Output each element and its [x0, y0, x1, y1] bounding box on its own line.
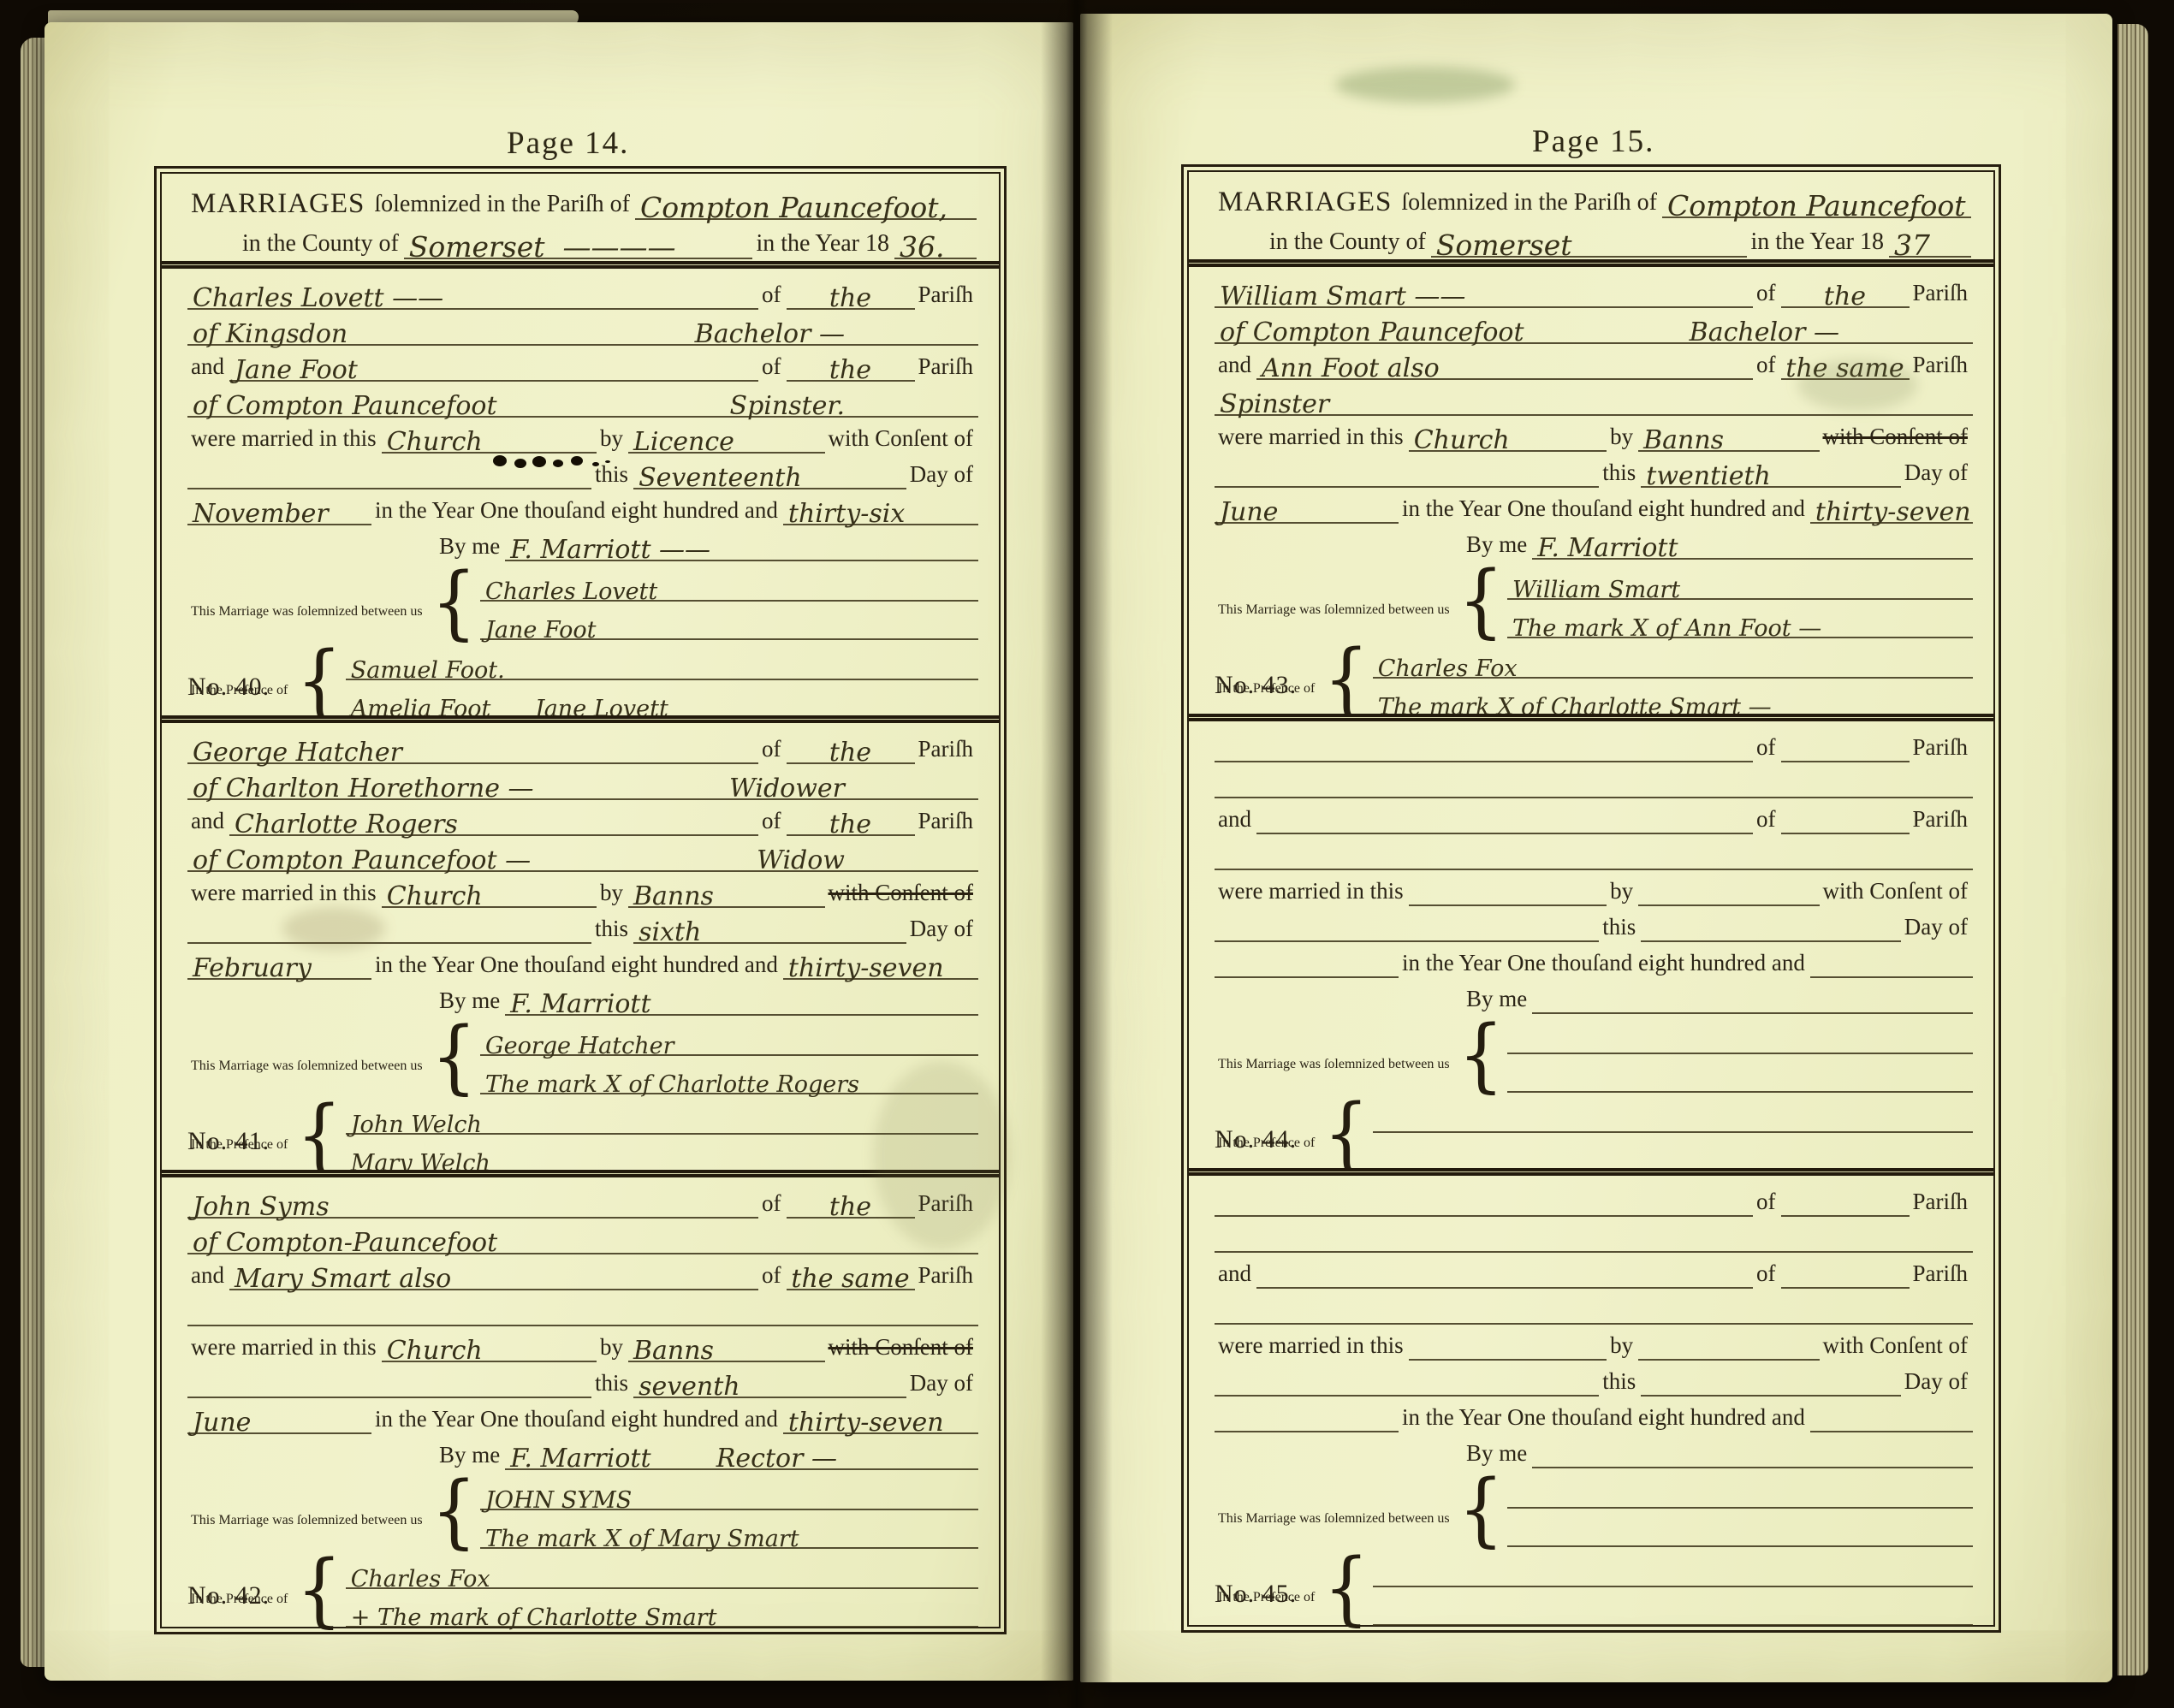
groom-abode-field: of Charlton Horethorne — Widower [187, 776, 978, 800]
record-number-text: No. 43. [1215, 671, 1297, 699]
form-header: MARRIAGES ſolemnized in the Pariſh of Co… [1189, 172, 1993, 259]
officiant-field: F. Marriott [1532, 536, 1973, 560]
records-page-14: Charles Lovett —— of the Pariſh of Kings… [162, 261, 999, 1624]
year-line: February in the Year One thouſand eight … [187, 944, 978, 980]
witness-1-signature: Samuel Foot. [351, 659, 505, 682]
printed-this: this [1599, 914, 1641, 942]
bride-signature: The mark X of Ann Foot — [1512, 617, 1821, 640]
printed-parish: Pariſh [915, 736, 979, 764]
bride-parish-field [1781, 833, 1910, 834]
day: twentieth [1646, 464, 1771, 489]
year-line: in the Year One thouſand eight hundred a… [1215, 942, 1973, 978]
printed-parish: Pariſh [1910, 734, 1974, 762]
method: Banns [633, 884, 714, 910]
groom-name: John Syms [193, 1195, 330, 1220]
place: Church [1414, 428, 1510, 454]
bride-parish: the same [791, 1266, 909, 1292]
bride-line: and Ann Foot also of the same Pariſh [1215, 344, 1973, 380]
printed-solemnized-in: ſolemnized in the Pariſh of [365, 191, 635, 220]
day-field: Seventeenth [633, 466, 906, 489]
married-line: were married in this Church by Banns wit… [187, 872, 978, 908]
header-county-line: in the County of Somerset ———— in the Ye… [191, 220, 977, 259]
printed-of: of [758, 736, 787, 764]
month: June [193, 1410, 251, 1436]
printed-of: of [1753, 806, 1781, 834]
brace-glyph: { [296, 1094, 342, 1175]
officiant-line: By me F. Marriott [187, 980, 978, 1016]
year-field: 36. [894, 233, 977, 259]
officiant-signature: F. Marriott —— [510, 537, 710, 563]
groom-abode-line [1215, 1217, 1973, 1253]
year-words: thirty-seven [788, 1410, 944, 1436]
groom-abode-field: of Compton-Pauncefoot [187, 1231, 978, 1254]
groom-name-field [1215, 1215, 1753, 1217]
register-book-scan: Page 14. MARRIAGES ſolemnized in the Par… [0, 0, 2174, 1708]
marriage-record: John Syms of the Pariſh of Compton-Paunc… [162, 1170, 999, 1624]
printed-parish: Pariſh [915, 1190, 979, 1219]
bride-parish: the [829, 358, 871, 383]
officiant-line: By me [1215, 978, 1973, 1014]
page-15: Page 15. MARRIAGES ſolemnized in the Par… [1080, 14, 2112, 1682]
printed-year-18: in the Year 18 [1747, 228, 1889, 258]
printed-year-line: in the Year One thouſand eight hundred a… [371, 497, 783, 525]
record-number-text: No. 40. [187, 673, 270, 701]
witness-2-field: Amelia Foot Jane Lovett [346, 680, 978, 719]
couple-signatures: JOHN SYMS The mark X of Mary Smart [480, 1472, 978, 1549]
solemnized-block: This Marriage was ſolemnized between us … [187, 563, 978, 640]
year-words-field [1810, 1431, 1973, 1432]
married-line: were married in this Church by Banns wit… [187, 1326, 978, 1362]
brace-glyph: { [296, 640, 342, 721]
groom-line: of Pariſh [1215, 1181, 1973, 1217]
bride-signature-field: The mark X of Mary Smart [480, 1510, 978, 1549]
ink-blot [493, 455, 507, 466]
couple-signatures [1507, 1016, 1973, 1093]
printed-and: and [187, 1262, 229, 1290]
record-divider-rule [1189, 1168, 1993, 1176]
book-gutter [1041, 0, 1113, 1708]
bride-line: and Charlotte Rogers of the Pariſh [187, 800, 978, 836]
groom-line: John Syms of the Pariſh [187, 1183, 978, 1219]
witness-2-field [1373, 1587, 1973, 1626]
groom-line: George Hatcher of the Pariſh [187, 728, 978, 764]
printed-this: this [591, 1370, 633, 1398]
witness-1-field: Charles Fox [1373, 640, 1973, 679]
couple-signatures: William Smart The mark X of Ann Foot — [1507, 561, 1973, 638]
brace-glyph: { [296, 1549, 342, 1629]
printed-day-of: Day of [906, 916, 978, 944]
printed-county-label: in the County of [239, 230, 404, 259]
right-page-edges [2118, 24, 2148, 1675]
year-line: June in the Year One thouſand eight hund… [187, 1398, 978, 1434]
year-words-field: thirty-six [783, 501, 978, 525]
place-field [1409, 1359, 1607, 1361]
groom-signature: JOHN SYMS [485, 1489, 632, 1512]
record-divider-rule [1189, 259, 1993, 267]
day-field [1641, 1395, 1901, 1397]
groom-name: Charles Lovett —— [193, 286, 443, 311]
printed-this: this [1599, 1368, 1641, 1397]
day-line: this twentieth Day of [1215, 452, 1973, 488]
place: Church [387, 430, 483, 455]
header-county-line: in the County of Somerset in the Year 18… [1218, 218, 1971, 258]
records-page-15: William Smart —— of the Pariſh of Compto… [1189, 259, 1993, 1622]
printed-of: of [758, 282, 787, 310]
couple-signatures: Charles Lovett Jane Foot [480, 563, 978, 640]
bride-abode-field [187, 1325, 978, 1326]
groom-abode-line: of Kingsdon Bachelor — [187, 310, 978, 346]
method-field: Banns [1638, 428, 1819, 452]
groom-abode-line [1215, 762, 1973, 798]
solemnized-block: This Marriage was ſolemnized between us … [187, 1472, 978, 1549]
bride-abode-line: of Compton Pauncefoot — Widow [187, 836, 978, 872]
consent-label: with Conſent of [825, 880, 979, 908]
witness-2-field: The mark X of Charlotte Smart — [1373, 679, 1973, 717]
marriage-record: of Pariſh and of Pariſh were married in … [1189, 1168, 1993, 1622]
method: Licence [633, 430, 734, 455]
year-words-field [1810, 976, 1973, 978]
county-field: Somerset ———— [404, 233, 753, 259]
officiant-field: F. Marriott [505, 992, 978, 1016]
groom-parish-field [1781, 761, 1910, 762]
couple-signatures [1507, 1470, 1973, 1547]
groom-line: of Pariſh [1215, 726, 1973, 762]
printed-of: of [758, 808, 787, 836]
bride-parish-field: the [787, 812, 915, 836]
groom-parish-field: the [787, 1195, 915, 1219]
consent-label: with Conſent of [1820, 1332, 1974, 1361]
officiant-field: F. Marriott —— [505, 537, 978, 561]
place: Church [387, 1338, 483, 1364]
groom-name-field [1215, 761, 1753, 762]
bride-signature: The mark X of Charlotte Rogers [485, 1073, 859, 1096]
witnesses-block: In the Preſence of { [1215, 1094, 1973, 1171]
year-words-field: thirty-seven [783, 1410, 978, 1434]
printed-by: by [1607, 1332, 1638, 1361]
parish-field: Compton Pauncefoot, [635, 193, 977, 220]
officiant-signature: F. Marriott Rector — [510, 1446, 837, 1472]
printed-parish: Pariſh [1910, 1189, 1974, 1217]
groom-name: William Smart —— [1220, 284, 1465, 310]
record-number: No. 43. [1215, 671, 1297, 700]
bride-name-field [1256, 833, 1753, 834]
printed-were-married: were married in this [1215, 1332, 1409, 1361]
witness-1-field: Samuel Foot. [346, 642, 978, 680]
printed-were-married: were married in this [187, 880, 382, 908]
witnesses-block: In the Preſence of { [1215, 1549, 1973, 1626]
month: June [1220, 500, 1278, 525]
groom-abode: of Kingsdon [193, 322, 347, 347]
groom-condition: Bachelor — [695, 322, 845, 347]
printed-and: and [1215, 352, 1256, 380]
form-header: MARRIAGES ſolemnized in the Pariſh of Co… [162, 174, 999, 261]
bride-abode-line: Spinster [1215, 380, 1973, 416]
brace-glyph: { [1458, 560, 1504, 640]
printed-marriages: MARRIAGES [1218, 187, 1392, 218]
consent-field [1215, 1395, 1599, 1397]
place-field [1409, 904, 1607, 906]
printed-of: of [1753, 1260, 1781, 1289]
consent-label: with Conſent of [1820, 878, 1974, 906]
witness-1-field [1373, 1094, 1973, 1133]
printed-parish: Pariſh [915, 282, 979, 310]
bride-abode-field: Spinster [1215, 392, 1973, 416]
day-field: seventh [633, 1374, 906, 1398]
consent-field [187, 1397, 591, 1398]
method-field: Banns [628, 1338, 825, 1362]
day-field: sixth [633, 920, 906, 944]
witness-signatures: Charles Fox + The mark of Charlotte Smar… [346, 1551, 978, 1628]
method: Banns [633, 1338, 714, 1364]
year-words: thirty-six [788, 501, 905, 527]
couple-signatures: George Hatcher The mark X of Charlotte R… [480, 1017, 978, 1094]
groom-condition: Widower [729, 776, 845, 802]
parish-name: Compton Pauncefoot [1667, 192, 1966, 220]
bride-condition: Spinster. [730, 394, 845, 419]
marriage-record: of Pariſh and of Pariſh were married in … [1189, 714, 1993, 1168]
brace-glyph: { [431, 561, 477, 642]
bride-parish-field: the same [1781, 356, 1910, 380]
bride-name: Charlotte Rogers [235, 812, 458, 838]
record-divider-rule [162, 715, 999, 723]
record-number-text: No. 45. [1215, 1580, 1297, 1608]
bride-line: and of Pariſh [1215, 798, 1973, 834]
printed-by: by [1607, 424, 1638, 452]
place-field: Church [382, 884, 597, 908]
month-field: November [187, 501, 371, 525]
officiant-line: By me F. Marriott Rector — [187, 1434, 978, 1470]
witnesses-block: In the Preſence of { Samuel Foot. Amelia… [187, 642, 978, 719]
printed-by: by [597, 1334, 628, 1362]
groom-abode: of Charlton Horethorne — [193, 776, 533, 802]
printed-parish: Pariſh [1910, 280, 1974, 308]
bride-abode-line [1215, 834, 1973, 870]
married-line: were married in this Church by Banns wit… [1215, 416, 1973, 452]
printed-of: of [1753, 1189, 1781, 1217]
groom-signature: William Smart [1512, 578, 1680, 602]
bride-parish-field: the same [787, 1266, 915, 1290]
witness-2-field: Mary Welch [346, 1135, 978, 1173]
solemnized-block: This Marriage was ſolemnized between us … [187, 1017, 978, 1094]
year-line: in the Year One thouſand eight hundred a… [1215, 1397, 1973, 1432]
printed-day-of: Day of [906, 461, 978, 489]
married-line: were married in this by with Conſent of [1215, 870, 1973, 906]
printed-day-of: Day of [1901, 460, 1973, 488]
brace-glyph: { [1458, 1468, 1504, 1549]
solemnized-block: This Marriage was ſolemnized between us … [1215, 561, 1973, 638]
bride-parish: the same [1785, 356, 1904, 382]
groom-signature-field: Charles Lovett [480, 563, 978, 602]
year-words: thirty-seven [1815, 500, 1971, 525]
record-number-text: No. 41. [187, 1127, 270, 1155]
printed-were-married: were married in this [187, 1334, 382, 1362]
groom-signature-field: William Smart [1507, 561, 1973, 600]
marriage-form-page-14: MARRIAGES ſolemnized in the Pariſh of Co… [154, 166, 1007, 1634]
groom-signature: George Hatcher [485, 1035, 674, 1058]
bride-parish-field: the [787, 358, 915, 382]
groom-parish: the [1824, 284, 1866, 310]
bride-abode: of Compton Pauncefoot — [193, 848, 531, 874]
day-field: twentieth [1641, 464, 1901, 488]
witness-1-signature: Charles Fox [1378, 657, 1518, 680]
bride-abode-line [1215, 1289, 1973, 1325]
printed-parish: Pariſh [915, 1262, 979, 1290]
witnesses-block: In the Preſence of { Charles Fox The mar… [1215, 640, 1973, 717]
groom-signature-field [1507, 1470, 1973, 1509]
witness-1-field: Charles Fox [346, 1551, 978, 1589]
month-field [1215, 976, 1399, 978]
brace-glyph: { [1458, 1014, 1504, 1094]
day-line: this Day of [1215, 906, 1973, 942]
printed-day-of: Day of [906, 1370, 978, 1398]
witness-1-field [1373, 1549, 1973, 1587]
printed-were-married: were married in this [1215, 424, 1409, 452]
printed-year-line: in the Year One thouſand eight hundred a… [1399, 495, 1810, 524]
witness-1-field: John Welch [346, 1096, 978, 1135]
marriage-record: George Hatcher of the Pariſh of Charlton… [162, 715, 999, 1170]
parish-field: Compton Pauncefoot [1662, 192, 1971, 218]
brace-glyph: { [1323, 638, 1369, 719]
groom-parish-field: the [787, 740, 915, 764]
month-field: June [1215, 500, 1399, 524]
bride-parish-field [1781, 1287, 1910, 1289]
place-field: Church [382, 1338, 597, 1362]
printed-year-line: in the Year One thouſand eight hundred a… [1399, 1404, 1810, 1432]
groom-line: Charles Lovett —— of the Pariſh [187, 274, 978, 310]
groom-abode-line: of Compton Pauncefoot Bachelor — [1215, 308, 1973, 344]
solemnized-block: This Marriage was ſolemnized between us … [1215, 1016, 1973, 1093]
page-14: Page 14. MARRIAGES ſolemnized in the Par… [45, 22, 1073, 1681]
printed-marriages: MARRIAGES [191, 188, 365, 220]
printed-by: by [1607, 878, 1638, 906]
record-number: No. 45. [1215, 1580, 1297, 1609]
record-number: No. 40. [187, 673, 270, 702]
printed-this: this [1599, 460, 1641, 488]
groom-abode-line: of Compton-Pauncefoot [187, 1219, 978, 1254]
groom-condition: Bachelor — [1690, 320, 1839, 346]
page-number-label: Page 15. [1532, 123, 1654, 160]
day: seventh [639, 1374, 740, 1400]
consent-field [1215, 486, 1599, 488]
witness-2-field [1373, 1133, 1973, 1171]
witness-signatures: Charles Fox The mark X of Charlotte Smar… [1373, 640, 1973, 717]
groom-parish-field: the [787, 286, 915, 310]
consent-label: with Conſent of [825, 1334, 979, 1362]
printed-this: this [591, 916, 633, 944]
groom-name-field: William Smart —— [1215, 284, 1753, 308]
bride-abode: of Compton Pauncefoot [193, 394, 497, 419]
bride-abode-field: of Compton Pauncefoot — Widow [187, 848, 978, 872]
groom-abode-field [1215, 797, 1973, 798]
printed-by: by [597, 425, 628, 454]
year-digits: 37 [1894, 231, 1930, 259]
witness-2-field: + The mark of Charlotte Smart [346, 1589, 978, 1628]
witness-signatures: Samuel Foot. Amelia Foot Jane Lovett [346, 642, 978, 719]
groom-abode: of Compton-Pauncefoot [193, 1231, 497, 1256]
bride-line: and of Pariſh [1215, 1253, 1973, 1289]
record-divider-rule [162, 1170, 999, 1177]
month-field: February [187, 956, 371, 980]
groom-parish: the [829, 740, 871, 766]
bride-name-field [1256, 1287, 1753, 1289]
header-parish-line: MARRIAGES ſolemnized in the Pariſh of Co… [191, 182, 977, 220]
day: sixth [639, 920, 701, 946]
bride-abode-line: of Compton Pauncefoot Spinster. [187, 382, 978, 418]
bride-name: Mary Smart also [235, 1266, 451, 1292]
married-line: were married in this Church by Licence w… [187, 418, 978, 454]
bride-name-field: Charlotte Rogers [229, 812, 758, 836]
marriage-form-page-15: MARRIAGES ſolemnized in the Pariſh of Co… [1181, 164, 2001, 1633]
bride-signature-field: The mark X of Charlotte Rogers [480, 1056, 978, 1094]
groom-signature: Charles Lovett [485, 580, 657, 603]
record-number: No. 42. [187, 1581, 270, 1610]
consent-field [1215, 940, 1599, 942]
bride-name-field: Jane Foot [229, 358, 758, 382]
record-divider-rule [1189, 714, 1993, 721]
groom-name-field: George Hatcher [187, 740, 758, 764]
bride-condition: Widow [757, 848, 845, 874]
method-field [1638, 1359, 1819, 1361]
printed-of: of [1753, 280, 1781, 308]
bride-abode: Spinster [1220, 392, 1329, 418]
year-line: June in the Year One thouſand eight hund… [1215, 488, 1973, 524]
month: November [193, 501, 329, 527]
officiant-signature: F. Marriott [510, 992, 650, 1017]
bride-line: and Jane Foot of the Pariſh [187, 346, 978, 382]
bride-abode-field [1215, 869, 1973, 870]
day-line: this Seventeenth Day of [187, 454, 978, 489]
method-field [1638, 904, 1819, 906]
officiant-line: By me F. Marriott —— [187, 525, 978, 561]
groom-name-field: Charles Lovett —— [187, 286, 758, 310]
record-number: No. 44. [1215, 1125, 1297, 1154]
groom-parish: the [829, 286, 871, 311]
record-number-text: No. 44. [1215, 1125, 1297, 1153]
printed-of: of [758, 353, 787, 382]
page-number-label: Page 14. [507, 125, 629, 162]
printed-of: of [1753, 352, 1781, 380]
month-field [1215, 1431, 1399, 1432]
consent-label: with Conſent of [1820, 424, 1974, 452]
witness-1-signature: John Welch [351, 1113, 482, 1136]
printed-parish: Pariſh [915, 808, 979, 836]
day-field [1641, 940, 1901, 942]
witnesses-block: In the Preſence of { Charles Fox + The m… [187, 1551, 978, 1628]
place: Church [387, 884, 483, 910]
day-line: this sixth Day of [187, 908, 978, 944]
bride-signature-field [1507, 1054, 1973, 1093]
month: February [193, 956, 312, 982]
month-field: June [187, 1410, 371, 1434]
bride-name: Jane Foot [235, 358, 358, 383]
officiant-line: By me [1215, 1432, 1973, 1468]
printed-solemnized-in: ſolemnized in the Pariſh of [1392, 189, 1662, 218]
day-line: this Day of [1215, 1361, 1973, 1397]
printed-were-married: were married in this [1215, 878, 1409, 906]
bride-signature-field: The mark X of Ann Foot — [1507, 600, 1973, 638]
groom-signature-field [1507, 1016, 1973, 1054]
marriage-record: Charles Lovett —— of the Pariſh of Kings… [162, 261, 999, 715]
brace-glyph: { [431, 1470, 477, 1551]
record-divider-rule [162, 261, 999, 269]
printed-this: this [591, 461, 633, 489]
method: Banns [1643, 428, 1724, 454]
groom-line: William Smart —— of the Pariſh [1215, 272, 1973, 308]
day: Seventeenth [639, 466, 802, 491]
place-field: Church [382, 430, 597, 454]
groom-abode-field: of Compton Pauncefoot Bachelor — [1215, 320, 1973, 344]
brace-glyph: { [431, 1016, 477, 1096]
